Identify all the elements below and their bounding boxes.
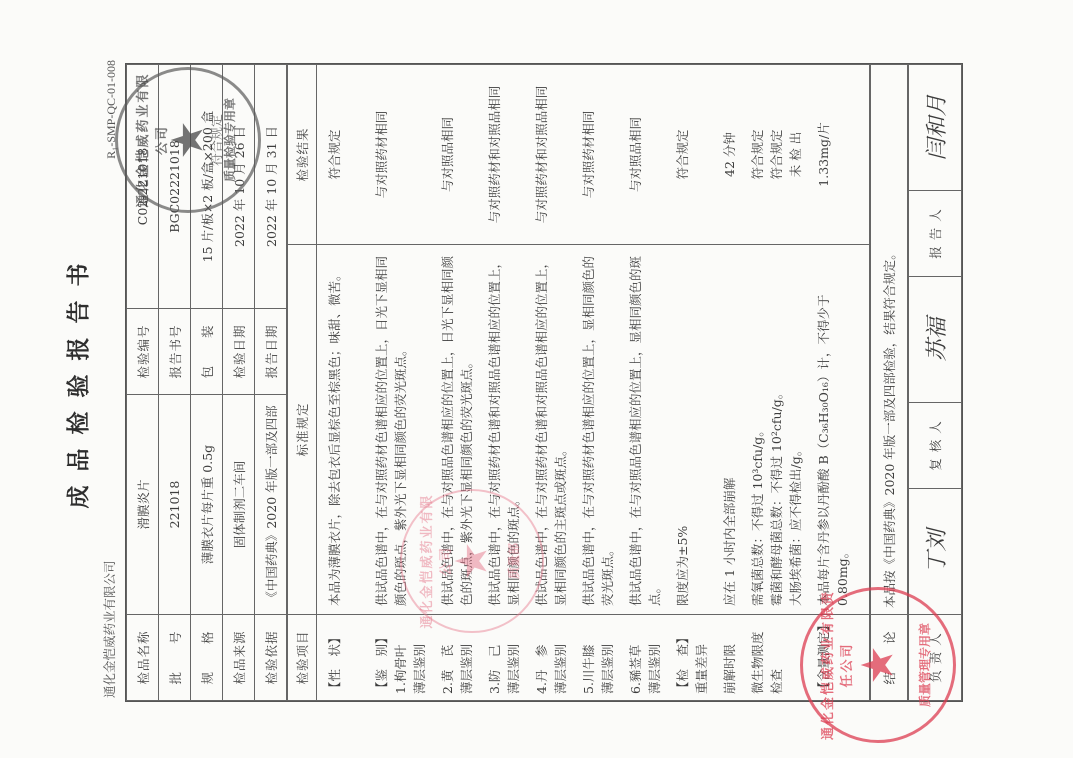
reviewer-label: 复 核 人 xyxy=(909,403,962,489)
test-result: 与对照品相同 xyxy=(626,71,664,238)
header-label: 检品名称 xyxy=(127,615,159,701)
header-label: 报告日期 xyxy=(255,309,287,395)
header-value: 2022 年 10 月 26 日 xyxy=(223,65,255,309)
test-item: 6.豨莶草 薄层鉴别 xyxy=(626,621,664,694)
header-value: BGC02221018 xyxy=(159,65,191,309)
test-result: 与对照药材相同 xyxy=(579,71,617,238)
responsible-signature: 丁刘 xyxy=(909,489,962,615)
column-result: 检验结果 xyxy=(288,65,317,245)
header-label: 检验日期 xyxy=(223,309,255,395)
signature-table: 负 责 人 丁刘 复 核 人 苏福 报 告 人 闫和月 xyxy=(908,64,962,701)
header-value: 221018 xyxy=(159,395,191,615)
test-standard: 供试品色谱中，在与对照品色谱相应的位置上，显相同颜色的斑点。 xyxy=(626,253,664,606)
test-result: 符合规定 符合规定 未 检 出 xyxy=(748,71,805,238)
responsible-label: 负 责 人 xyxy=(909,615,962,701)
conclusion-text: 本品按《中国药典》2020 年版一部及四部检验，结果符合规定。 xyxy=(871,65,908,615)
test-standard: 需氧菌总数：不得过 10³cfu/g。 霉菌和酵母菌总数：不得过 10²cfu/… xyxy=(748,253,805,606)
header-value: 《中国药典》2020 年版一部及四部 xyxy=(255,395,287,615)
test-item: 【鉴 别】 1.枸骨叶 薄层鉴别 xyxy=(372,621,429,694)
reporter-label: 报 告 人 xyxy=(909,191,962,277)
test-item: 【检 查】 重量差异 xyxy=(673,621,711,694)
header-label: 检品来源 xyxy=(223,615,255,701)
test-item: 崩解时限 xyxy=(720,621,739,694)
test-standard: 应在 1 小时内全部崩解 xyxy=(720,253,739,606)
test-result: 42 分钟 xyxy=(720,71,739,238)
test-items-column: 【性 状】【鉴 别】 1.枸骨叶 薄层鉴别2.黄 芪 薄层鉴别3.防 己 薄层鉴… xyxy=(317,615,870,701)
column-standard: 标准规定 xyxy=(288,245,317,615)
header-label: 报告书号 xyxy=(159,309,191,395)
test-result: 符合规定 xyxy=(673,71,711,238)
test-result: 与对照品相同 xyxy=(438,71,476,238)
column-item: 检验项目 xyxy=(288,615,317,701)
form-number: R₁-SMP-QC-01-008 xyxy=(104,60,119,159)
test-item: 2.黄 芪 薄层鉴别 xyxy=(438,621,476,694)
test-standard: 本品为薄膜衣片，除去包衣后显棕色至棕黑色；味甜、微苦。 xyxy=(325,253,363,606)
test-item: 5.川牛膝 薄层鉴别 xyxy=(579,621,617,694)
header-row: 规 格薄膜衣片每片重 0.5g包 装15 片/板×2 板/盒×200 盒 xyxy=(191,65,223,701)
header-value: 薄膜衣片每片重 0.5g xyxy=(191,395,223,615)
header-table: 检品名称滑膜炎片检验编号C02-221018批 号221018报告书号BGC02… xyxy=(126,64,287,701)
conclusion-table: 结 论 本品按《中国药典》2020 年版一部及四部检验，结果符合规定。 xyxy=(870,64,908,701)
test-item: 【含量测定】 xyxy=(814,621,852,694)
conclusion-label: 结 论 xyxy=(871,615,908,701)
inspection-report-page: 成品检验报告书 通化金恺威药业有限公司 R₁-SMP-QC-01-008 检品名… xyxy=(0,0,1073,758)
header-row: 批 号221018报告书号BGC02221018 xyxy=(159,65,191,701)
test-standard: 限度应为±5% xyxy=(673,253,711,606)
test-item: 3.防 己 薄层鉴别 xyxy=(485,621,523,694)
test-standard: 本品每片含丹参以丹酚酸 B（C₃₆H₃₀O₁₆）计，不得少于 0.80mg。 xyxy=(814,253,852,606)
test-result: 与对照药材和对照品相同 xyxy=(532,71,570,238)
test-standard: 供试品色谱中，在与对照品色谱相应的位置上，日光下显相同颜色的斑点，紫外光下显相同… xyxy=(438,253,476,606)
header-row: 检验依据《中国药典》2020 年版一部及四部报告日期2022 年 10 月 31… xyxy=(255,65,287,701)
test-standard: 供试品色谱中，在与对照药材色谱和对照品色谱相应的位置上，显相同颜色的斑点。 xyxy=(485,253,523,606)
test-standard: 供试品色谱中，在与对照药材色谱相应的位置上，显相同颜色的荧光斑点。 xyxy=(579,253,617,606)
header-row: 检品名称滑膜炎片检验编号C02-221018 xyxy=(127,65,159,701)
report-table: 检品名称滑膜炎片检验编号C02-221018批 号221018报告书号BGC02… xyxy=(125,63,963,702)
reporter-signature: 闫和月 xyxy=(909,65,962,191)
test-item: 【性 状】 xyxy=(325,621,363,694)
reviewer-signature: 苏福 xyxy=(909,277,962,403)
test-item: 微生物限度 检查 xyxy=(748,621,805,694)
test-standard: 供试品色谱中，在与对照药材色谱和对照品色谱相应的位置上，显相同颜色的主斑点或斑点… xyxy=(532,253,570,606)
header-label: 检验编号 xyxy=(127,309,159,395)
test-item: 4.丹 参 薄层鉴别 xyxy=(532,621,570,694)
header-row: 检品来源固体制剂二车间检验日期2022 年 10 月 26 日 xyxy=(223,65,255,701)
header-value: 滑膜炎片 xyxy=(127,395,159,615)
test-standards-column: 本品为薄膜衣片，除去包衣后显棕色至棕黑色；味甜、微苦。供试品色谱中，在与对照药材… xyxy=(317,245,870,615)
header-value: C02-221018 xyxy=(127,65,159,309)
test-results-column: 符合规定与对照药材相同与对照品相同与对照药材和对照品相同与对照药材和对照品相同与… xyxy=(317,65,870,245)
header-value: 15 片/板×2 板/盒×200 盒 xyxy=(191,65,223,309)
header-value: 固体制剂二车间 xyxy=(223,395,255,615)
test-result: 与对照药材和对照品相同 xyxy=(485,71,523,238)
test-result: 符合规定 xyxy=(325,71,363,238)
header-label: 包 装 xyxy=(191,309,223,395)
header-label: 批 号 xyxy=(159,615,191,701)
header-label: 规 格 xyxy=(191,615,223,701)
header-value: 2022 年 10 月 31 日 xyxy=(255,65,287,309)
test-result: 与对照药材相同 xyxy=(372,71,429,238)
tests-table: 检验项目 标准规定 检验结果 【性 状】【鉴 别】 1.枸骨叶 薄层鉴别2.黄 … xyxy=(287,64,870,701)
company-name: 通化金恺威药业有限公司 xyxy=(100,560,118,698)
header-label: 检验依据 xyxy=(255,615,287,701)
test-result: 1.33mg/片 xyxy=(814,71,852,238)
test-standard: 供试品色谱中，在与对照药材色谱相应的位置上，日光下显相同颜色的斑点，紫外光下显相… xyxy=(372,253,429,606)
report-title: 成品检验报告书 xyxy=(60,0,93,758)
